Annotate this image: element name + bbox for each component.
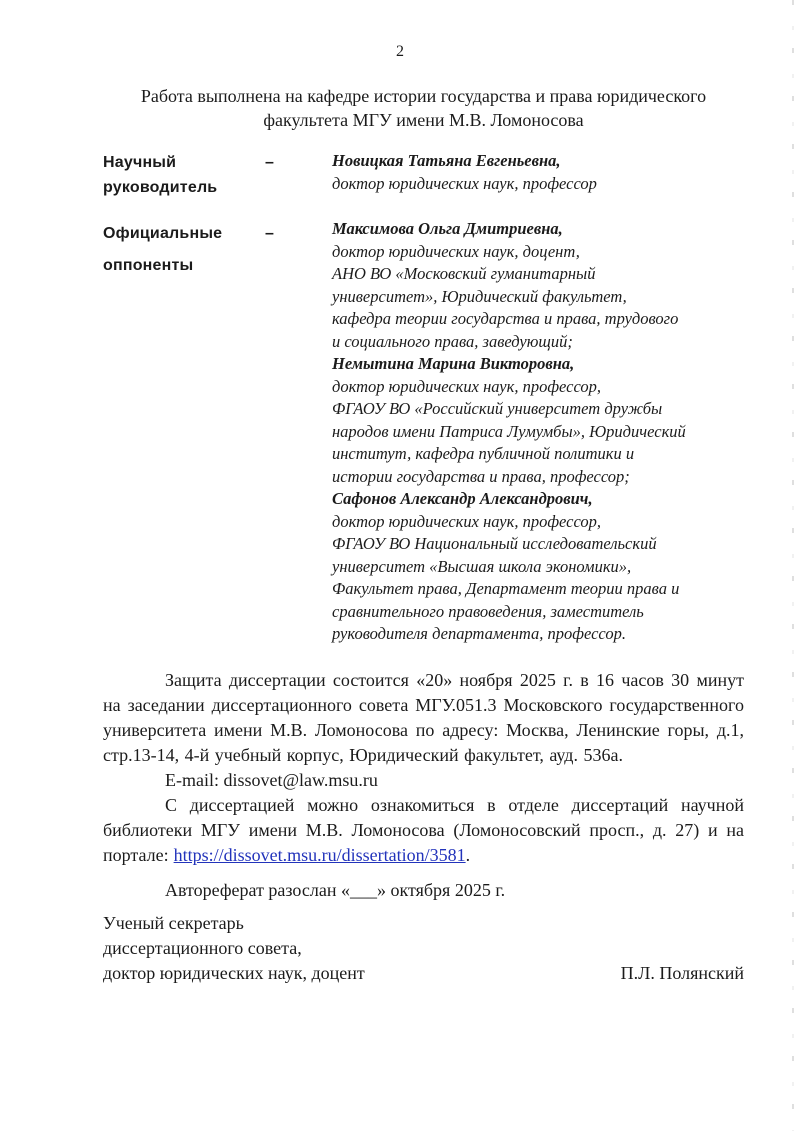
person-credential: народов имени Патриса Лумумбы», Юридичес… (332, 421, 744, 444)
person-credential: истории государства и права, профессор; (332, 466, 744, 489)
opponents-row: Официальные оппоненты – Максимова Ольга … (103, 218, 744, 646)
signature-line: доктор юридических наук, доцент (103, 961, 365, 986)
opponents-label: Официальные оппоненты (103, 218, 265, 282)
person-name: Немытина Марина Викторовна, (332, 353, 744, 376)
dissertation-link[interactable]: https://dissovet.msu.ru/dissertation/358… (174, 845, 466, 865)
signature-line: Ученый секретарь (103, 911, 365, 936)
person-credential: доктор юридических наук, профессор (332, 173, 744, 196)
person-credential: Факультет права, Департамент теории прав… (332, 578, 744, 601)
dash-separator: – (265, 150, 332, 175)
opponents-details: Максимова Ольга Дмитриевна,доктор юридич… (332, 218, 744, 646)
person-credential: доктор юридических наук, профессор, (332, 511, 744, 534)
committee-section: Научный руководитель – Новицкая Татьяна … (103, 150, 744, 646)
email-line: E-mail: dissovet@law.msu.ru (103, 768, 744, 793)
person-credential: университет «Высшая школа экономики», (332, 556, 744, 579)
document-page: { "page": { "number": "2" }, "header": {… (0, 0, 800, 1131)
person-credential: сравнительного правоведения, заместитель (332, 601, 744, 624)
person-credential: кафедра теории государства и права, труд… (332, 308, 744, 331)
page-content: Работа выполнена на кафедре истории госу… (103, 84, 744, 986)
supervisor-details: Новицкая Татьяна Евгеньевна,доктор юриди… (332, 150, 744, 195)
person-credential: институт, кафедра публичной политики и (332, 443, 744, 466)
person-name: Сафонов Александр Александрович, (332, 488, 744, 511)
secretary-title: Ученый секретарьдиссертационного совета,… (103, 911, 365, 986)
person-credential: ФГАОУ ВО «Российский университет дружбы (332, 398, 744, 421)
person-name: Максимова Ольга Дмитриевна, (332, 218, 744, 241)
secretary-name: П.Л. Полянский (621, 961, 744, 986)
signature-line: диссертационного совета, (103, 936, 365, 961)
defense-paragraph: Защита диссертации состоится «20» ноября… (103, 668, 744, 768)
person-credential: университет», Юридический факультет, (332, 286, 744, 309)
dash-separator: – (265, 218, 332, 250)
person-credential: руководителя департамента, профессор. (332, 623, 744, 646)
supervisor-row: Научный руководитель – Новицкая Татьяна … (103, 150, 744, 200)
person-credential: доктор юридических наук, профессор, (332, 376, 744, 399)
supervisor-label: Научный руководитель (103, 150, 265, 200)
scan-edge-artifacts (792, 0, 794, 1131)
signature-block: Ученый секретарьдиссертационного совета,… (103, 911, 744, 986)
distribution-line: Автореферат разослан «___» октября 2025 … (103, 878, 744, 903)
library-paragraph: С диссертацией можно ознакомиться в отде… (103, 793, 744, 868)
person-name: Новицкая Татьяна Евгеньевна, (332, 150, 744, 173)
person-credential: и социального права, заведующий; (332, 331, 744, 354)
person-credential: АНО ВО «Московский гуманитарный (332, 263, 744, 286)
person-credential: доктор юридических наук, доцент, (332, 241, 744, 264)
affiliation-heading: Работа выполнена на кафедре истории госу… (114, 84, 734, 132)
person-credential: ФГАОУ ВО Национальный исследовательский (332, 533, 744, 556)
library-text-after: . (466, 845, 471, 865)
page-number: 2 (0, 0, 800, 62)
